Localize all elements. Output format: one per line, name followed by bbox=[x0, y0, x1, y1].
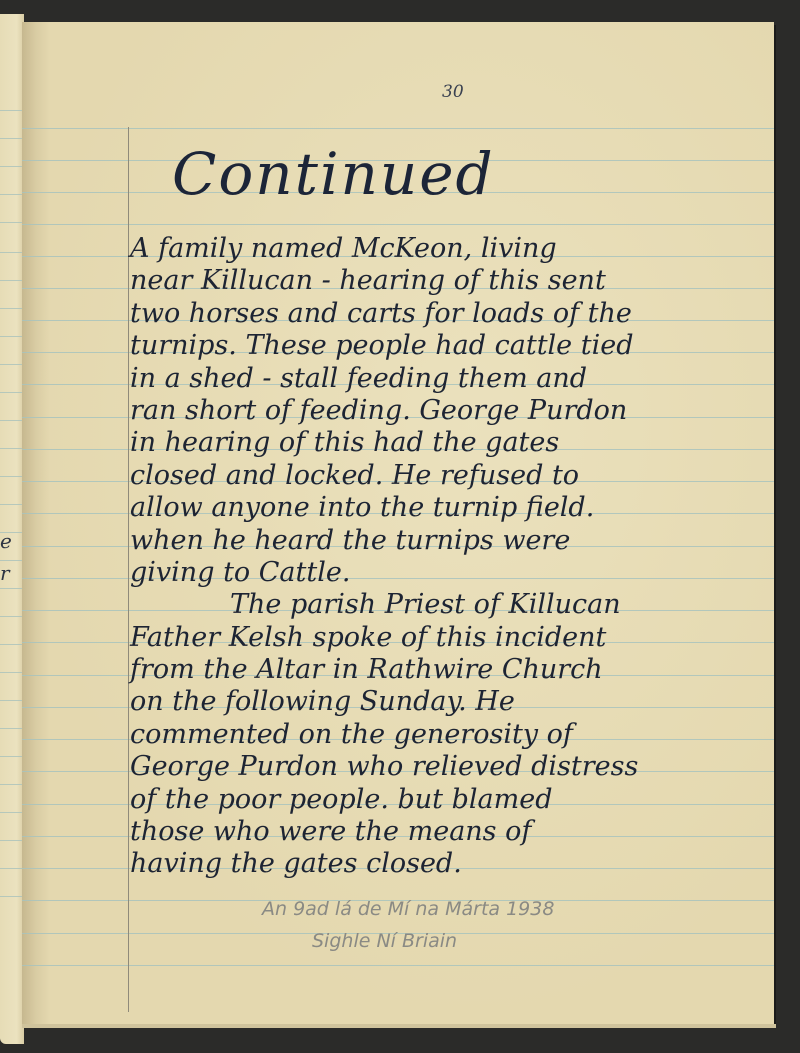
page-number: 30 bbox=[442, 82, 464, 102]
rule-line bbox=[0, 644, 24, 645]
text-line: closed and locked. He refused to bbox=[130, 460, 770, 492]
text-line: ran short of feeding. George Purdon bbox=[130, 395, 770, 427]
text-line: George Purdon who relieved distress bbox=[130, 751, 770, 783]
handwritten-body: A family named McKeon, living near Killu… bbox=[130, 233, 770, 881]
text-line: those who were the means of bbox=[130, 816, 770, 848]
rule-line bbox=[0, 280, 24, 281]
text-line: in a shed - stall feeding them and bbox=[130, 363, 770, 395]
rule-line bbox=[22, 224, 774, 225]
rule-line bbox=[0, 222, 24, 223]
text-line: when he heard the turnips were bbox=[130, 525, 770, 557]
rule-line bbox=[0, 194, 24, 195]
rule-line bbox=[22, 128, 774, 129]
text-line: near Killucan - hearing of this sent bbox=[130, 265, 770, 297]
text-line: Father Kelsh spoke of this incident bbox=[130, 622, 770, 654]
rule-line bbox=[0, 364, 24, 365]
rule-line bbox=[0, 672, 24, 673]
text-line: two horses and carts for loads of the bbox=[130, 298, 770, 330]
page-bottom-edge bbox=[22, 1024, 776, 1028]
text-line: allow anyone into the turnip field. bbox=[130, 492, 770, 524]
text-line: giving to Cattle. bbox=[130, 557, 770, 589]
text-line: turnips. These people had cattle tied bbox=[130, 330, 770, 362]
rule-line bbox=[0, 700, 24, 701]
text-line: commented on the generosity of bbox=[130, 719, 770, 751]
rule-line bbox=[0, 756, 24, 757]
rule-line bbox=[0, 336, 24, 337]
facing-page-text-fragment: r bbox=[0, 561, 10, 585]
text-line: on the following Sunday. He bbox=[130, 686, 770, 718]
rule-line bbox=[0, 392, 24, 393]
rule-line bbox=[0, 504, 24, 505]
rule-line bbox=[0, 476, 24, 477]
facing-page-text-fragment: e bbox=[0, 529, 12, 553]
rule-line bbox=[0, 448, 24, 449]
rule-line bbox=[0, 728, 24, 729]
text-line: of the poor people. but blamed bbox=[130, 784, 770, 816]
rule-line bbox=[0, 110, 24, 111]
rule-line bbox=[0, 812, 24, 813]
text-line: from the Altar in Rathwire Church bbox=[130, 654, 770, 686]
text-line: The parish Priest of Killucan bbox=[130, 589, 770, 621]
pencil-date-line: An 9ad lá de Mí na Márta 1938 bbox=[262, 898, 554, 920]
rule-line bbox=[22, 965, 774, 966]
margin-line bbox=[128, 127, 129, 1012]
rule-line bbox=[0, 308, 24, 309]
rule-line bbox=[0, 896, 24, 897]
pencil-signature: Sighle Ní Briain bbox=[312, 930, 457, 952]
notebook-page: 30 Continued A family named McKeon, livi… bbox=[22, 22, 774, 1025]
text-line: A family named McKeon, living bbox=[130, 233, 770, 265]
facing-page-edge: e r bbox=[0, 14, 24, 1044]
rule-line bbox=[0, 166, 24, 167]
rule-line bbox=[0, 784, 24, 785]
rule-line bbox=[0, 252, 24, 253]
page-heading: Continued bbox=[172, 140, 495, 208]
text-line: having the gates closed. bbox=[130, 848, 770, 880]
rule-line bbox=[0, 868, 24, 869]
rule-line bbox=[0, 588, 24, 589]
rule-line bbox=[0, 420, 24, 421]
rule-line bbox=[0, 840, 24, 841]
rule-line bbox=[0, 616, 24, 617]
rule-line bbox=[0, 138, 24, 139]
text-line: in hearing of this had the gates bbox=[130, 427, 770, 459]
